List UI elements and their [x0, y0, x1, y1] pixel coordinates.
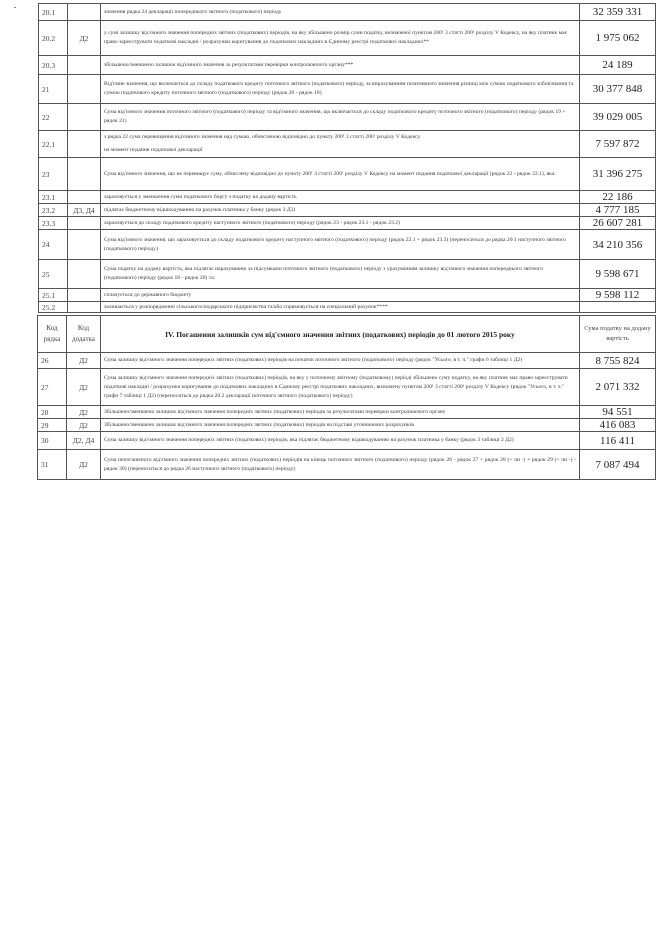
row-description: зараховується у зменшення суми податково… [101, 191, 580, 204]
row-description: Від'ємне значення, що включається до скл… [101, 75, 580, 104]
scan-speck [14, 7, 16, 8]
table-row: 23Сума від'ємного значення, що не переви… [39, 158, 656, 191]
appendix-code [68, 217, 101, 230]
row-amount: 31 396 275 [580, 158, 656, 191]
table-row: 23.2Д3, Д4підлягає бюджетному відшкодува… [39, 204, 656, 217]
table-row: 22.1з рядка 22 сума перевищення від'ємно… [39, 131, 656, 158]
row-code: 21 [39, 75, 68, 104]
appendix-code [68, 56, 101, 75]
header-row-code: Код рядка [38, 316, 67, 353]
row-description: Сума непогашеного від'ємного значення по… [101, 450, 580, 480]
table-row: 26Д2Сума залишку від'ємного значення поп… [38, 353, 656, 369]
row-code: 25 [39, 260, 68, 289]
table-row: 30Д2, Д4Сума залишку від'ємного значення… [38, 432, 656, 450]
row-amount: 7 087 494 [580, 450, 656, 480]
table-row: 20.2Д2у сумі залишку від'ємного значення… [39, 21, 656, 56]
row-amount [580, 302, 656, 313]
row-description: Сума податку на додану вартість, яка під… [101, 260, 580, 289]
appendix-code: Д3, Д4 [68, 204, 101, 217]
row-description: Сума від'ємного значення, що зараховуєть… [101, 230, 580, 260]
row-description: значення рядка 24 декларації попередньог… [101, 4, 580, 21]
table-row: 24Сума від'ємного значення, що зараховує… [39, 230, 656, 260]
table-row: 25.2залишається у розпорядженні сільсько… [39, 302, 656, 313]
row-code: 24 [39, 230, 68, 260]
table-row: 29Д2Збільшено/зменшено залишок від'ємног… [38, 419, 656, 432]
row-description: збільшено/зменшено залишок від'ємного зн… [101, 56, 580, 75]
row-amount: 30 377 848 [580, 75, 656, 104]
header-vat-amount: Сума податку на додану вартість [580, 316, 656, 353]
row-code: 26 [38, 353, 67, 369]
appendix-code: Д2 [67, 419, 101, 432]
row-description: сплачується до державного бюджету [101, 289, 580, 302]
row-description: Сума залишку від'ємного значення поперед… [101, 432, 580, 450]
row-amount: 416 083 [580, 419, 656, 432]
row-amount: 32 359 331 [580, 4, 656, 21]
row-code: 20.2 [39, 21, 68, 56]
section3-table: 20.1значення рядка 24 декларації поперед… [38, 3, 656, 313]
appendix-code: Д2 [67, 369, 101, 406]
table-row: 22Сума від'ємного значення поточного зві… [39, 104, 656, 131]
row-amount: 9 598 112 [580, 289, 656, 302]
row-amount: 24 189 [580, 56, 656, 75]
row-code: 30 [38, 432, 67, 450]
table-row: 21Від'ємне значення, що включається до с… [39, 75, 656, 104]
appendix-code: Д2 [67, 450, 101, 480]
row-code: 25.2 [39, 302, 68, 313]
row-amount: 39 029 005 [580, 104, 656, 131]
appendix-code [68, 75, 101, 104]
row-description: Сума залишку від'ємного значення поперед… [101, 353, 580, 369]
appendix-code [68, 302, 101, 313]
appendix-code: Д2 [68, 21, 101, 56]
row-code: 27 [38, 369, 67, 406]
row-amount: 2 071 332 [580, 369, 656, 406]
row-code: 22.1 [39, 131, 68, 158]
row-code: 23.2 [39, 204, 68, 217]
table-row: 23.1зараховується у зменшення суми подат… [39, 191, 656, 204]
row-code: 28 [38, 406, 67, 419]
row-description: Збільшено/зменшено залишок від'ємного зн… [101, 406, 580, 419]
table-row: 20.3збільшено/зменшено залишок від'ємног… [39, 56, 656, 75]
row-description: з рядка 22 сума перевищення від'ємного з… [101, 131, 580, 158]
table-row: 25Сума податку на додану вартість, яка п… [39, 260, 656, 289]
table-row: 23.3зараховується до складу податкового … [39, 217, 656, 230]
appendix-code [68, 289, 101, 302]
row-amount: 26 607 281 [580, 217, 656, 230]
row-amount: 8 755 824 [580, 353, 656, 369]
row-code: 31 [38, 450, 67, 480]
section4-title: IV. Погашення залишків сум від'ємного зн… [101, 316, 580, 353]
row-description-line2: на момент подання податкової декларації [104, 146, 576, 155]
row-description: Збільшено/зменшено залишок від'ємного зн… [101, 419, 580, 432]
row-code: 29 [38, 419, 67, 432]
row-code: 25.1 [39, 289, 68, 302]
row-amount: 94 551 [580, 406, 656, 419]
table-row: 27Д2Сума залишку від'ємного значення поп… [38, 369, 656, 406]
row-code: 23.1 [39, 191, 68, 204]
row-code: 23.3 [39, 217, 68, 230]
section4-header-row: Код рядка Код додатка IV. Погашення зали… [38, 316, 656, 353]
row-code: 22 [39, 104, 68, 131]
row-amount: 9 598 671 [580, 260, 656, 289]
table-row: 20.1значення рядка 24 декларації поперед… [39, 4, 656, 21]
row-description: залишається у розпорядженні сільськогосп… [101, 302, 580, 313]
appendix-code [68, 158, 101, 191]
row-description: Сума залишку від'ємного значення поперед… [101, 369, 580, 406]
row-amount: 7 597 872 [580, 131, 656, 158]
row-code: 20.3 [39, 56, 68, 75]
row-description: підлягає бюджетному відшкодуванню на рах… [101, 204, 580, 217]
row-description: Сума від'ємного значення поточного звітн… [101, 104, 580, 131]
row-description: у сумі залишку від'ємного значення попер… [101, 21, 580, 56]
appendix-code: Д2 [67, 406, 101, 419]
row-amount: 116 411 [580, 432, 656, 450]
appendix-code [68, 260, 101, 289]
appendix-code [68, 131, 101, 158]
header-add-code: Код додатка [67, 316, 101, 353]
row-amount: 34 210 356 [580, 230, 656, 260]
table-row: 31Д2Сума непогашеного від'ємного значенн… [38, 450, 656, 480]
row-code: 23 [39, 158, 68, 191]
row-description-line1: з рядка 22 сума перевищення від'ємного з… [104, 133, 576, 142]
row-amount: 22 186 [580, 191, 656, 204]
row-description: зараховується до складу податкового кред… [101, 217, 580, 230]
appendix-code: Д2, Д4 [67, 432, 101, 450]
row-amount: 1 975 062 [580, 21, 656, 56]
row-code: 20.1 [39, 4, 68, 21]
row-amount: 4 777 185 [580, 204, 656, 217]
row-description: Сума від'ємного значення, що не перевищу… [101, 158, 580, 191]
section4-table: Код рядка Код додатка IV. Погашення зали… [37, 315, 656, 480]
table-row: 28Д2Збільшено/зменшено залишок від'ємног… [38, 406, 656, 419]
appendix-code [68, 104, 101, 131]
appendix-code [68, 191, 101, 204]
appendix-code [68, 230, 101, 260]
appendix-code [68, 4, 101, 21]
appendix-code: Д2 [67, 353, 101, 369]
table-row: 25.1сплачується до державного бюджету9 5… [39, 289, 656, 302]
